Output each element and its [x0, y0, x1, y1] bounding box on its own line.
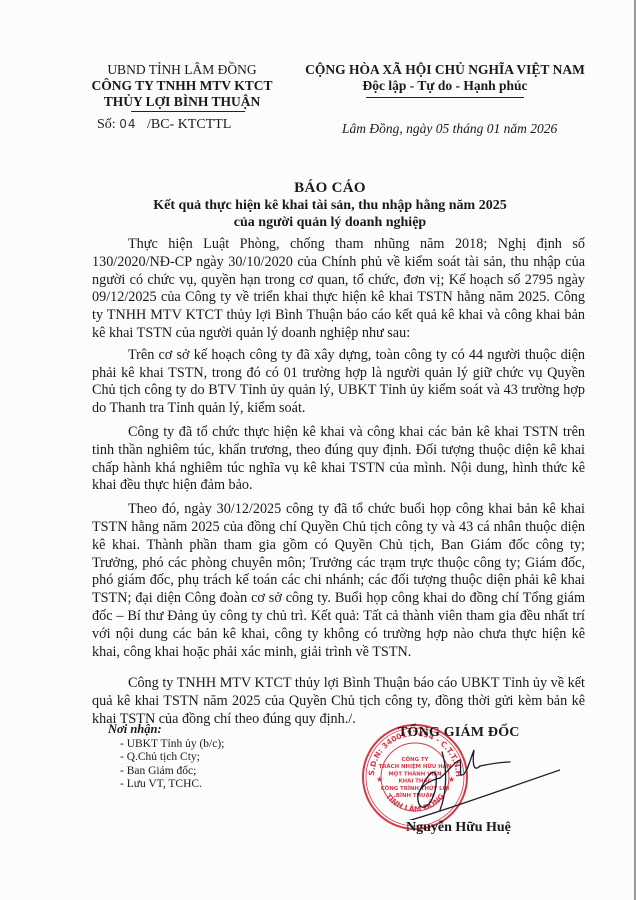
report-title: BÁO CÁO Kết quả thực hiện kê khai tài sả… — [60, 179, 600, 231]
issuer-authority: UBND TỈNH LÂM ĐỒNG — [72, 62, 292, 78]
recipients-heading: Nơi nhận: — [108, 723, 224, 737]
body-paragraph: Theo đó, ngày 30/12/2025 công ty đã tổ c… — [92, 501, 585, 661]
signer-role: TỔNG GIÁM ĐỐC — [398, 725, 520, 741]
doc-number-prefix: Số: — [97, 117, 116, 132]
national-header: CỘNG HÒA XÃ HỘI CHỦ NGHĨA VIỆT NAM Độc l… — [300, 62, 590, 98]
svg-text:★: ★ — [376, 775, 383, 784]
issuer-underline — [131, 111, 245, 112]
recipient-item: - Lưu VT, TCHC. — [120, 778, 224, 792]
issuer-company-line1: CÔNG TY TNHH MTV KTCT — [72, 78, 292, 94]
document-number: Số: 04 /BC- KTCTTL — [97, 117, 231, 133]
title-main: BÁO CÁO — [60, 179, 600, 197]
body-paragraph: Thực hiện Luật Phòng, chống tham nhũng n… — [92, 236, 585, 343]
title-subtitle-1: Kết quả thực hiện kê khai tài sản, thu n… — [60, 197, 600, 214]
issuer-company-line2: THỦY LỢI BÌNH THUẬN — [72, 94, 292, 110]
recipient-item: - UBKT Tỉnh ủy (b/c); — [120, 738, 224, 752]
date-line: Lâm Đồng, ngày 05 tháng 01 năm 2026 — [342, 121, 557, 137]
recipient-item: - Q.Chủ tịch Cty; — [120, 751, 224, 765]
report-body: Thực hiện Luật Phòng, chống tham nhũng n… — [92, 236, 585, 733]
handwritten-signature-icon — [390, 740, 560, 820]
recipient-item: - Ban Giám đốc; — [120, 765, 224, 779]
doc-number-value: 04 — [119, 117, 136, 131]
recipients-list: Nơi nhận: - UBKT Tỉnh ủy (b/c); - Q.Chủ … — [108, 723, 224, 792]
title-subtitle-2: của người quản lý doanh nghiệp — [60, 214, 600, 231]
signature-block: M.S.D.N: 3400177494 - C.T.T.N.H.H TỈNH L… — [330, 700, 590, 870]
motto-underline — [366, 97, 524, 98]
document-page: UBND TỈNH LÂM ĐỒNG CÔNG TY TNHH MTV KTCT… — [0, 0, 636, 900]
country-name: CỘNG HÒA XÃ HỘI CHỦ NGHĨA VIỆT NAM — [300, 62, 590, 78]
body-paragraph: Công ty đã tổ chức thực hiện kê khai và … — [92, 424, 585, 495]
body-paragraph: Trên cơ sở kế hoạch công ty đã xây dựng,… — [92, 347, 585, 418]
doc-number-suffix: /BC- KTCTTL — [147, 117, 231, 132]
national-motto: Độc lập - Tự do - Hạnh phúc — [300, 78, 590, 94]
issuer-header: UBND TỈNH LÂM ĐỒNG CÔNG TY TNHH MTV KTCT… — [72, 62, 292, 112]
signer-name: Nguyễn Hữu Huệ — [406, 820, 511, 836]
